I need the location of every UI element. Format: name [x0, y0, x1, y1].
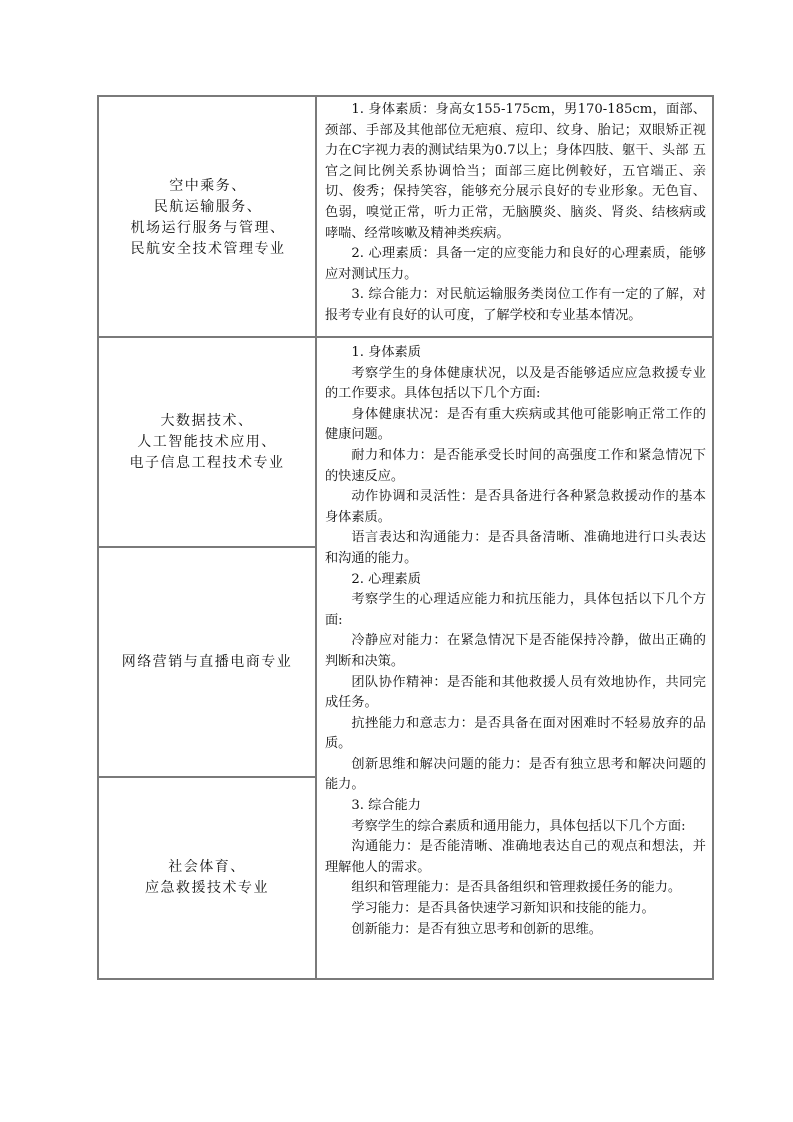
- requirement-item: 沟通能力：是否能清晰、准确地表达自己的观点和想法，并理解他人的需求。: [325, 837, 706, 878]
- requirement-item: 冷静应对能力：在紧急情况下是否能保持冷静，做出正确的判断和决策。: [325, 631, 706, 672]
- requirements-table: 空中乘务、 民航运输服务、 机场运行服务与管理、 民航安全技术管理专业 1. 身…: [97, 95, 714, 980]
- requirements-cell-merged: 1. 身体素质 考察学生的身体健康状况，以及是否能够适应应急救援专业的工作要求。…: [325, 343, 706, 940]
- major-name: 人工智能技术应用、: [130, 432, 285, 453]
- major-name: 机场运行服务与管理、: [131, 218, 286, 239]
- major-names: 社会体育、 应急救援技术专业: [145, 857, 269, 899]
- requirement-item: 创新思维和解决问题的能力：是否有独立思考和解决问题的能力。: [325, 755, 706, 796]
- major-names: 空中乘务、 民航运输服务、 机场运行服务与管理、 民航安全技术管理专业: [131, 176, 286, 260]
- requirement-item: 动作协调和灵活性：是否具备进行各种紧急救援动作的基本身体素质。: [325, 487, 706, 528]
- major-name: 社会体育、: [145, 857, 269, 878]
- requirement-psychological: 2. 心理素质：具备一定的应变能力和良好的心理素质，能够应对测试压力。: [325, 244, 706, 285]
- major-name: 网络营销与直播电商专业: [122, 652, 293, 673]
- major-names: 网络营销与直播电商专业: [122, 652, 293, 673]
- column-divider: [315, 97, 317, 978]
- requirement-item: 抗挫能力和意志力：是否具备在面对困难时不轻易放弃的品质。: [325, 714, 706, 755]
- major-names: 大数据技术、 人工智能技术应用、 电子信息工程技术专业: [130, 411, 285, 474]
- section-heading: 3. 综合能力: [325, 796, 706, 817]
- requirement-item: 考察学生的心理适应能力和抗压能力，具体包括以下几个方面:: [325, 590, 706, 631]
- major-name: 电子信息工程技术专业: [130, 453, 285, 474]
- major-name: 民航安全技术管理专业: [131, 239, 286, 260]
- requirement-item: 身体健康状况：是否有重大疾病或其他可能影响正常工作的健康问题。: [325, 405, 706, 446]
- requirement-item: 考察学生的身体健康状况，以及是否能够适应应急救援专业的工作要求。具体包括以下几个…: [325, 364, 706, 405]
- major-name: 大数据技术、: [130, 411, 285, 432]
- major-name: 民航运输服务、: [131, 197, 286, 218]
- requirement-physical: 1. 身体素质：身高女155-175cm，男170-185cm，面部、颈部、手部…: [325, 100, 706, 244]
- major-cell-aviation: 空中乘务、 民航运输服务、 机场运行服务与管理、 民航安全技术管理专业: [99, 97, 317, 338]
- requirements-cell-aviation: 1. 身体素质：身高女155-175cm，男170-185cm，面部、颈部、手部…: [325, 100, 706, 327]
- requirement-item: 创新能力：是否有独立思考和创新的思维。: [325, 920, 706, 941]
- section-heading: 1. 身体素质: [325, 343, 706, 364]
- requirement-item: 耐力和体力：是否能承受长时间的高强度工作和紧急情况下的快速反应。: [325, 446, 706, 487]
- requirement-item: 考察学生的综合素质和通用能力，具体包括以下几个方面:: [325, 817, 706, 838]
- requirement-item: 团队协作精神：是否能和其他救援人员有效地协作，共同完成任务。: [325, 673, 706, 714]
- requirement-item: 组织和管理能力：是否具备组织和管理救援任务的能力。: [325, 878, 706, 899]
- requirement-item: 学习能力：是否具备快速学习新知识和技能的能力。: [325, 899, 706, 920]
- requirement-comprehensive: 3. 综合能力：对民航运输服务类岗位工作有一定的了解，对报考专业有良好的认可度，…: [325, 285, 706, 326]
- major-cell-sports-rescue: 社会体育、 应急救援技术专业: [99, 778, 315, 978]
- requirement-item: 语言表达和沟通能力：是否具备清晰、准确地进行口头表达和沟通的能力。: [325, 528, 706, 569]
- major-name: 空中乘务、: [131, 176, 286, 197]
- section-heading: 2. 心理素质: [325, 570, 706, 591]
- major-cell-data-ai: 大数据技术、 人工智能技术应用、 电子信息工程技术专业: [99, 338, 315, 546]
- major-name: 应急救援技术专业: [145, 878, 269, 899]
- major-cell-ecommerce: 网络营销与直播电商专业: [99, 548, 315, 776]
